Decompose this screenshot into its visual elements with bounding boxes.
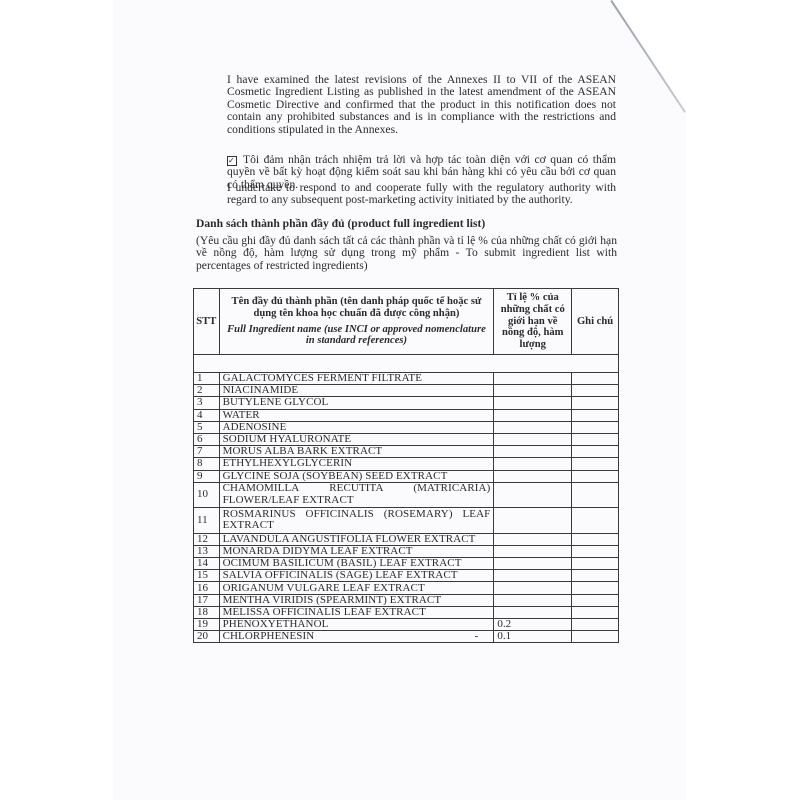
- cell-ingredient-name: MONARDA DIDYMA LEAF EXTRACT: [219, 545, 494, 557]
- cell-ingredient-name: SODIUM HYALURONATE: [219, 433, 494, 445]
- cell-ingredient-name: OCIMUM BASILICUM (BASIL) LEAF EXTRACT: [219, 558, 494, 570]
- cell-note: [572, 482, 619, 508]
- cell-note: [572, 570, 619, 582]
- cell-stt: 6: [194, 433, 220, 445]
- table-row: 3BUTYLENE GLYCOL: [194, 397, 619, 409]
- cell-stt-text: 5: [197, 421, 203, 433]
- cell-ingredient-name-text: ROSMARINUS OFFICINALIS (ROSEMARY) LEAF E…: [223, 508, 491, 532]
- cell-ingredient-name: ROSMARINUS OFFICINALIS (ROSEMARY) LEAF E…: [219, 508, 494, 534]
- cell-stt-text: 8: [197, 457, 203, 469]
- cell-stt: 11: [194, 508, 220, 534]
- cell-ingredient-name: GALACTOMYCES FERMENT FILTRATE: [219, 373, 494, 385]
- cell-stt: 9: [194, 470, 220, 482]
- cell-ratio: [494, 582, 572, 594]
- ingredient-list-heading: Danh sách thành phần đầy đủ (product ful…: [196, 217, 616, 230]
- cell-ingredient-name-text: MONARDA DIDYMA LEAF EXTRACT: [223, 545, 413, 557]
- table-row: 8ETHYLHEXYLGLYCERIN: [194, 458, 619, 470]
- ingredient-table: STT Tên đầy đủ thành phần (tên danh pháp…: [193, 288, 619, 643]
- cell-stt: 17: [194, 594, 220, 606]
- cell-stt: 19: [194, 619, 220, 631]
- cell-ratio: [494, 606, 572, 618]
- cell-stt: 10: [194, 482, 220, 508]
- cell-stt-text: 1: [197, 372, 203, 384]
- cell-ingredient-name: SALVIA OFFICINALIS (SAGE) LEAF EXTRACT: [219, 570, 494, 582]
- cell-ratio: [494, 409, 572, 421]
- cell-stt-text: 2: [197, 384, 203, 396]
- declaration-paragraph: I have examined the latest revisions of …: [227, 74, 616, 136]
- cell-ratio: [494, 458, 572, 470]
- cell-stt-text: 7: [197, 445, 203, 457]
- cell-ratio: [494, 508, 572, 534]
- cell-stt-text: 10: [197, 488, 208, 500]
- cell-ingredient-name: CHLORPHENESIN-: [219, 631, 494, 643]
- document-content: I have examined the latest revisions of …: [0, 0, 800, 800]
- cell-stt: 2: [194, 385, 220, 397]
- cell-ingredient-name: GLYCINE SOJA (SOYBEAN) SEED EXTRACT: [219, 470, 494, 482]
- cell-stt: 1: [194, 373, 220, 385]
- cell-ratio: [494, 594, 572, 606]
- cell-ingredient-name-text: ORIGANUM VULGARE LEAF EXTRACT: [223, 582, 425, 594]
- table-row: 18MELISSA OFFICINALIS LEAF EXTRACT: [194, 606, 619, 618]
- cell-ingredient-name: WATER: [219, 409, 494, 421]
- cell-stt: 15: [194, 570, 220, 582]
- cell-note: [572, 582, 619, 594]
- cell-ingredient-name-text: GALACTOMYCES FERMENT FILTRATE: [223, 372, 423, 384]
- cell-ratio: [494, 570, 572, 582]
- cell-stt: 5: [194, 421, 220, 433]
- cell-ingredient-name-text: SALVIA OFFICINALIS (SAGE) LEAF EXTRACT: [223, 569, 458, 581]
- cell-ingredient-name: ADENOSINE: [219, 421, 494, 433]
- table-row: 2NIACINAMIDE: [194, 385, 619, 397]
- cell-stt-text: 17: [197, 594, 208, 606]
- cell-ingredient-name: MORUS ALBA BARK EXTRACT: [219, 446, 494, 458]
- cell-stt-text: 16: [197, 582, 208, 594]
- cell-stt-text: 19: [197, 618, 208, 630]
- cell-ingredient-name-text: GLYCINE SOJA (SOYBEAN) SEED EXTRACT: [223, 470, 448, 482]
- cell-ingredient-name-text: PHENOXYETHANOL: [223, 618, 329, 630]
- header-ratio: Tỉ lệ % của những chất có giới hạn về nồ…: [494, 289, 572, 355]
- cell-stt: 8: [194, 458, 220, 470]
- table-row: 14OCIMUM BASILICUM (BASIL) LEAF EXTRACT: [194, 558, 619, 570]
- table-row: 16ORIGANUM VULGARE LEAF EXTRACT: [194, 582, 619, 594]
- cell-ingredient-name: ORIGANUM VULGARE LEAF EXTRACT: [219, 582, 494, 594]
- cell-ratio: [494, 385, 572, 397]
- cell-note: [572, 458, 619, 470]
- table-row: 11ROSMARINUS OFFICINALIS (ROSEMARY) LEAF…: [194, 508, 619, 534]
- cell-ratio: [494, 421, 572, 433]
- cell-ingredient-name-text: CHLORPHENESIN: [223, 630, 315, 642]
- cell-ingredient-name-text: MENTHA VIRIDIS (SPEARMINT) EXTRACT: [223, 594, 442, 606]
- cell-stt: 18: [194, 606, 220, 618]
- cell-ratio: [494, 470, 572, 482]
- stray-mark: -: [475, 631, 479, 642]
- cell-ingredient-name-text: LAVANDULA ANGUSTIFOLIA FLOWER EXTRACT: [223, 533, 476, 545]
- cell-ingredient-name-text: MELISSA OFFICINALIS LEAF EXTRACT: [223, 606, 426, 618]
- cell-stt: 3: [194, 397, 220, 409]
- cell-note: [572, 594, 619, 606]
- cell-stt: 20: [194, 631, 220, 643]
- cell-stt-text: 13: [197, 545, 208, 557]
- cell-ratio: [494, 397, 572, 409]
- cell-ratio: [494, 482, 572, 508]
- table-row: 20CHLORPHENESIN-0.1: [194, 631, 619, 643]
- undertaking-en-paragraph: I undertake to respond to and cooperate …: [227, 182, 616, 207]
- cell-ingredient-name-text: ADENOSINE: [223, 421, 287, 433]
- cell-ingredient-name: MENTHA VIRIDIS (SPEARMINT) EXTRACT: [219, 594, 494, 606]
- cell-note: [572, 606, 619, 618]
- cell-ingredient-name-text: BUTYLENE GLYCOL: [223, 396, 329, 408]
- cell-ingredient-name-text: NIACINAMIDE: [223, 384, 299, 396]
- table-row: 13MONARDA DIDYMA LEAF EXTRACT: [194, 545, 619, 557]
- cell-ingredient-name-text: CHAMOMILLA RECUTITA (MATRICARIA) FLOWER/…: [223, 482, 491, 506]
- header-stt: STT: [194, 289, 220, 355]
- cell-stt-text: 6: [197, 433, 203, 445]
- cell-stt: 13: [194, 545, 220, 557]
- cell-ingredient-name: LAVANDULA ANGUSTIFOLIA FLOWER EXTRACT: [219, 533, 494, 545]
- cell-stt: 12: [194, 533, 220, 545]
- cell-ratio: [494, 558, 572, 570]
- cell-note: [572, 433, 619, 445]
- header-name-en: Full Ingredient name (use INCI or approv…: [222, 324, 492, 348]
- cell-ratio: [494, 545, 572, 557]
- cell-ingredient-name-text: WATER: [223, 409, 260, 421]
- cell-stt-text: 12: [197, 533, 208, 545]
- cell-stt-text: 15: [197, 569, 208, 581]
- table-row: 15SALVIA OFFICINALIS (SAGE) LEAF EXTRACT: [194, 570, 619, 582]
- table-row: 12LAVANDULA ANGUSTIFOLIA FLOWER EXTRACT: [194, 533, 619, 545]
- cell-note: [572, 470, 619, 482]
- cell-stt-text: 9: [197, 470, 203, 482]
- cell-ingredient-name: CHAMOMILLA RECUTITA (MATRICARIA) FLOWER/…: [219, 482, 494, 508]
- table-row: 17MENTHA VIRIDIS (SPEARMINT) EXTRACT: [194, 594, 619, 606]
- cell-stt-text: 11: [197, 514, 208, 526]
- cell-note: [572, 558, 619, 570]
- cell-note: [572, 533, 619, 545]
- cell-note: [572, 409, 619, 421]
- cell-stt-text: 14: [197, 557, 208, 569]
- cell-ingredient-name: ETHYLHEXYLGLYCERIN: [219, 458, 494, 470]
- cell-stt-text: 4: [197, 409, 203, 421]
- cell-ingredient-name-text: MORUS ALBA BARK EXTRACT: [223, 445, 383, 457]
- cell-note: [572, 373, 619, 385]
- cell-ingredient-name: NIACINAMIDE: [219, 385, 494, 397]
- cell-stt: 14: [194, 558, 220, 570]
- cell-ratio: [494, 533, 572, 545]
- cell-ingredient-name: PHENOXYETHANOL: [219, 619, 494, 631]
- cell-ingredient-name-text: OCIMUM BASILICUM (BASIL) LEAF EXTRACT: [223, 557, 462, 569]
- cell-ingredient-name: MELISSA OFFICINALIS LEAF EXTRACT: [219, 606, 494, 618]
- cell-note: [572, 397, 619, 409]
- table-row: 19PHENOXYETHANOL0.2: [194, 619, 619, 631]
- header-name-vi: Tên đầy đủ thành phần (tên danh pháp quố…: [222, 296, 492, 320]
- cell-ingredient-name: BUTYLENE GLYCOL: [219, 397, 494, 409]
- table-row: 9GLYCINE SOJA (SOYBEAN) SEED EXTRACT: [194, 470, 619, 482]
- cell-ratio: [494, 433, 572, 445]
- cell-note: [572, 385, 619, 397]
- cell-stt-text: 18: [197, 606, 208, 618]
- cell-note: [572, 508, 619, 534]
- table-row: 10CHAMOMILLA RECUTITA (MATRICARIA) FLOWE…: [194, 482, 619, 508]
- cell-note: [572, 421, 619, 433]
- cell-note: [572, 545, 619, 557]
- cell-stt: 7: [194, 446, 220, 458]
- cell-ratio: [494, 373, 572, 385]
- blank-row: [194, 355, 619, 373]
- cell-ingredient-name-text: SODIUM HYALURONATE: [223, 433, 352, 445]
- cell-stt: 16: [194, 582, 220, 594]
- cell-ratio: 0.1: [494, 631, 572, 643]
- table-row: 5ADENOSINE: [194, 421, 619, 433]
- table-row: 7MORUS ALBA BARK EXTRACT: [194, 446, 619, 458]
- table-row: 1GALACTOMYCES FERMENT FILTRATE: [194, 373, 619, 385]
- cell-stt-text: 3: [197, 396, 203, 408]
- table-row: 6SODIUM HYALURONATE: [194, 433, 619, 445]
- cell-ratio-text: 0.1: [497, 630, 511, 642]
- cell-ratio-text: 0.2: [497, 618, 511, 630]
- cell-ingredient-name-text: ETHYLHEXYLGLYCERIN: [223, 457, 353, 469]
- cell-ratio: 0.2: [494, 619, 572, 631]
- header-note: Ghi chú: [572, 289, 619, 355]
- ingredient-list-instruction: (Yêu cầu ghi đầy đủ danh sách tất cả các…: [196, 235, 617, 272]
- cell-note: [572, 446, 619, 458]
- cell-stt-text: 20: [197, 630, 208, 642]
- cell-note: [572, 631, 619, 643]
- table-header-row: STT Tên đầy đủ thành phần (tên danh pháp…: [194, 289, 619, 355]
- cell-ratio: [494, 446, 572, 458]
- cell-note: [572, 619, 619, 631]
- cell-stt: 4: [194, 409, 220, 421]
- table-row: 4WATER: [194, 409, 619, 421]
- header-ingredient-name: Tên đầy đủ thành phần (tên danh pháp quố…: [219, 289, 494, 355]
